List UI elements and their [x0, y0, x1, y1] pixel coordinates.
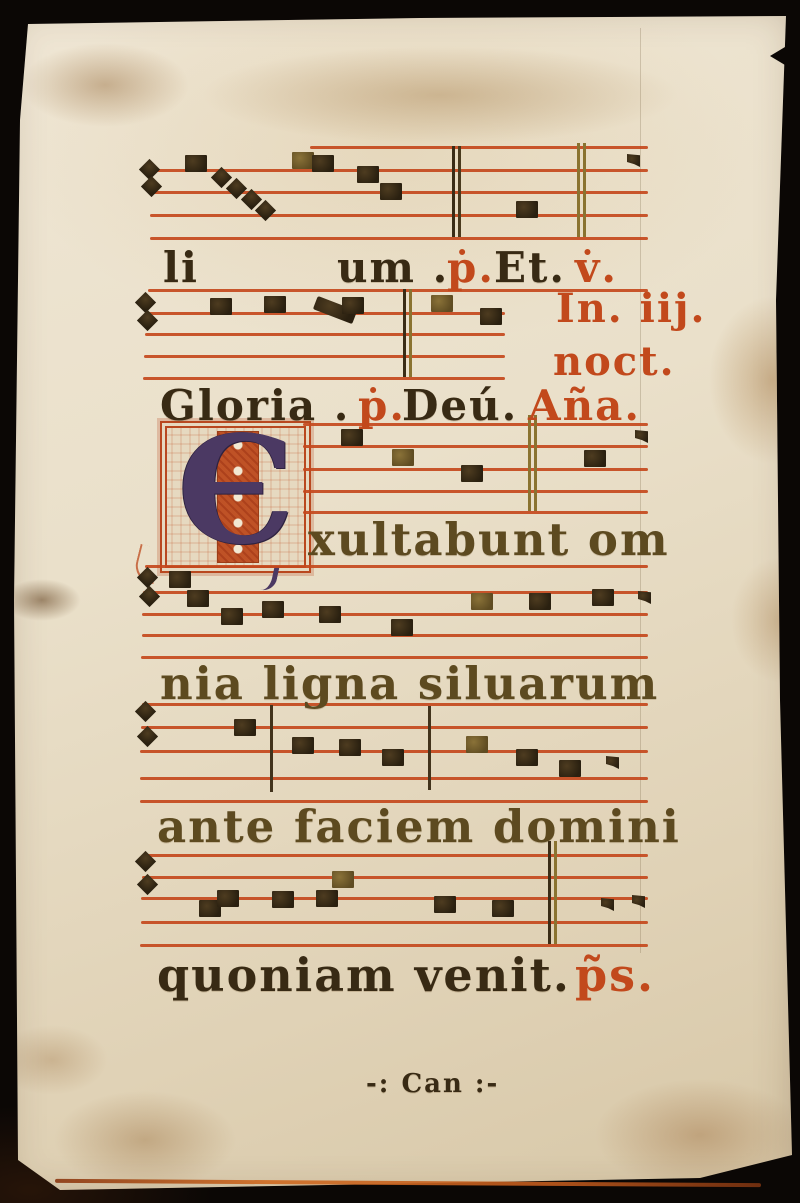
custos-mark — [635, 430, 648, 443]
chant-text-ante-faciem: ante faciem domini — [157, 804, 681, 849]
neume-square — [185, 155, 207, 172]
chant-text-deu: Deú. — [402, 385, 518, 427]
rubric-v: v̇. — [575, 247, 618, 289]
neume-square — [559, 760, 581, 777]
neume-square — [262, 601, 284, 618]
neume-square — [529, 593, 551, 610]
bar-line — [428, 706, 431, 790]
leaf-content-layer: Є lium .ṗ.Et.v̇.In. iij.noct.Gloria .ṗ.D… — [0, 0, 800, 1203]
photograph-of-manuscript-leaf: Є lium .ṗ.Et.v̇.In. iij.noct.Gloria .ṗ.D… — [0, 0, 800, 1203]
staff-line — [310, 146, 648, 149]
neume-square — [264, 296, 286, 313]
rubric-p-1: ṗ. — [447, 247, 495, 289]
neume-square — [431, 295, 453, 312]
chant-text-et: Et. — [494, 247, 566, 289]
neume-square — [341, 429, 363, 446]
custos-mark — [606, 756, 619, 769]
neume-square — [392, 449, 414, 466]
bar-line — [403, 289, 412, 377]
chant-text-quoniam: quoniam venit. — [157, 952, 571, 998]
neume-diamond — [137, 726, 158, 747]
chant-text-xultabunt: xultabunt om — [308, 517, 670, 562]
custos-mark — [632, 895, 645, 908]
staff-line — [141, 726, 648, 729]
custos-mark — [627, 154, 640, 167]
custos-mark — [601, 898, 614, 911]
neume-square — [480, 308, 502, 325]
rubric-ps: p̃s. — [575, 952, 655, 998]
neume-square — [169, 571, 191, 588]
neume-square — [210, 298, 232, 315]
staff-line — [140, 777, 648, 780]
neume-square — [466, 736, 488, 753]
neume-square — [592, 589, 614, 606]
chant-text-gloria: Gloria . — [160, 385, 350, 427]
neume-square — [234, 719, 256, 736]
neume-square — [342, 297, 364, 314]
chant-text-li: li — [163, 247, 199, 289]
neume-diamond — [139, 586, 160, 607]
neume-square — [471, 593, 493, 610]
bar-line — [548, 841, 557, 944]
catchword-can: -: Can :- — [366, 1071, 499, 1097]
neume-square — [516, 749, 538, 766]
staff-line — [143, 377, 505, 380]
staff-line — [303, 490, 648, 493]
neume-square — [584, 450, 606, 467]
staff-line — [150, 237, 648, 240]
neume-square — [434, 896, 456, 913]
neume-square — [221, 608, 243, 625]
neume-square — [319, 606, 341, 623]
rubric-p-2: ṗ. — [358, 385, 406, 427]
neume-square — [316, 890, 338, 907]
neume-square — [292, 737, 314, 754]
rubric-ana: Aña. — [528, 385, 641, 427]
illuminated-initial-E: Є — [160, 421, 311, 573]
staff-line — [141, 921, 648, 924]
initial-letter-glyph: Є — [166, 409, 306, 572]
staff-line — [142, 613, 648, 616]
bar-line — [577, 143, 586, 237]
staff-line — [143, 854, 648, 857]
neume-square — [217, 890, 239, 907]
staff-line — [145, 333, 505, 336]
neume-square — [272, 891, 294, 908]
rubric-in-iij: In. iij. — [556, 289, 706, 329]
neume-square — [380, 183, 402, 200]
neume-square — [332, 871, 354, 888]
neume-square — [187, 590, 209, 607]
neume-square — [357, 166, 379, 183]
neume-square — [312, 155, 334, 172]
staff-line — [142, 876, 648, 879]
neume-square — [339, 739, 361, 756]
rubric-noct: noct. — [553, 342, 676, 382]
neume-square — [516, 201, 538, 218]
neume-square — [382, 749, 404, 766]
neume-square — [292, 152, 314, 169]
staff-line — [143, 591, 648, 594]
staff-line — [140, 944, 648, 947]
neume-square — [391, 619, 413, 636]
staff-line — [144, 355, 505, 358]
staff-line — [150, 214, 648, 217]
chant-text-nia-ligna: nia ligna siluarum — [160, 661, 659, 706]
bar-line — [452, 146, 461, 237]
neume-square — [461, 465, 483, 482]
chant-text-um: um . — [337, 247, 449, 289]
bar-line — [270, 705, 273, 792]
neume-square — [492, 900, 514, 917]
